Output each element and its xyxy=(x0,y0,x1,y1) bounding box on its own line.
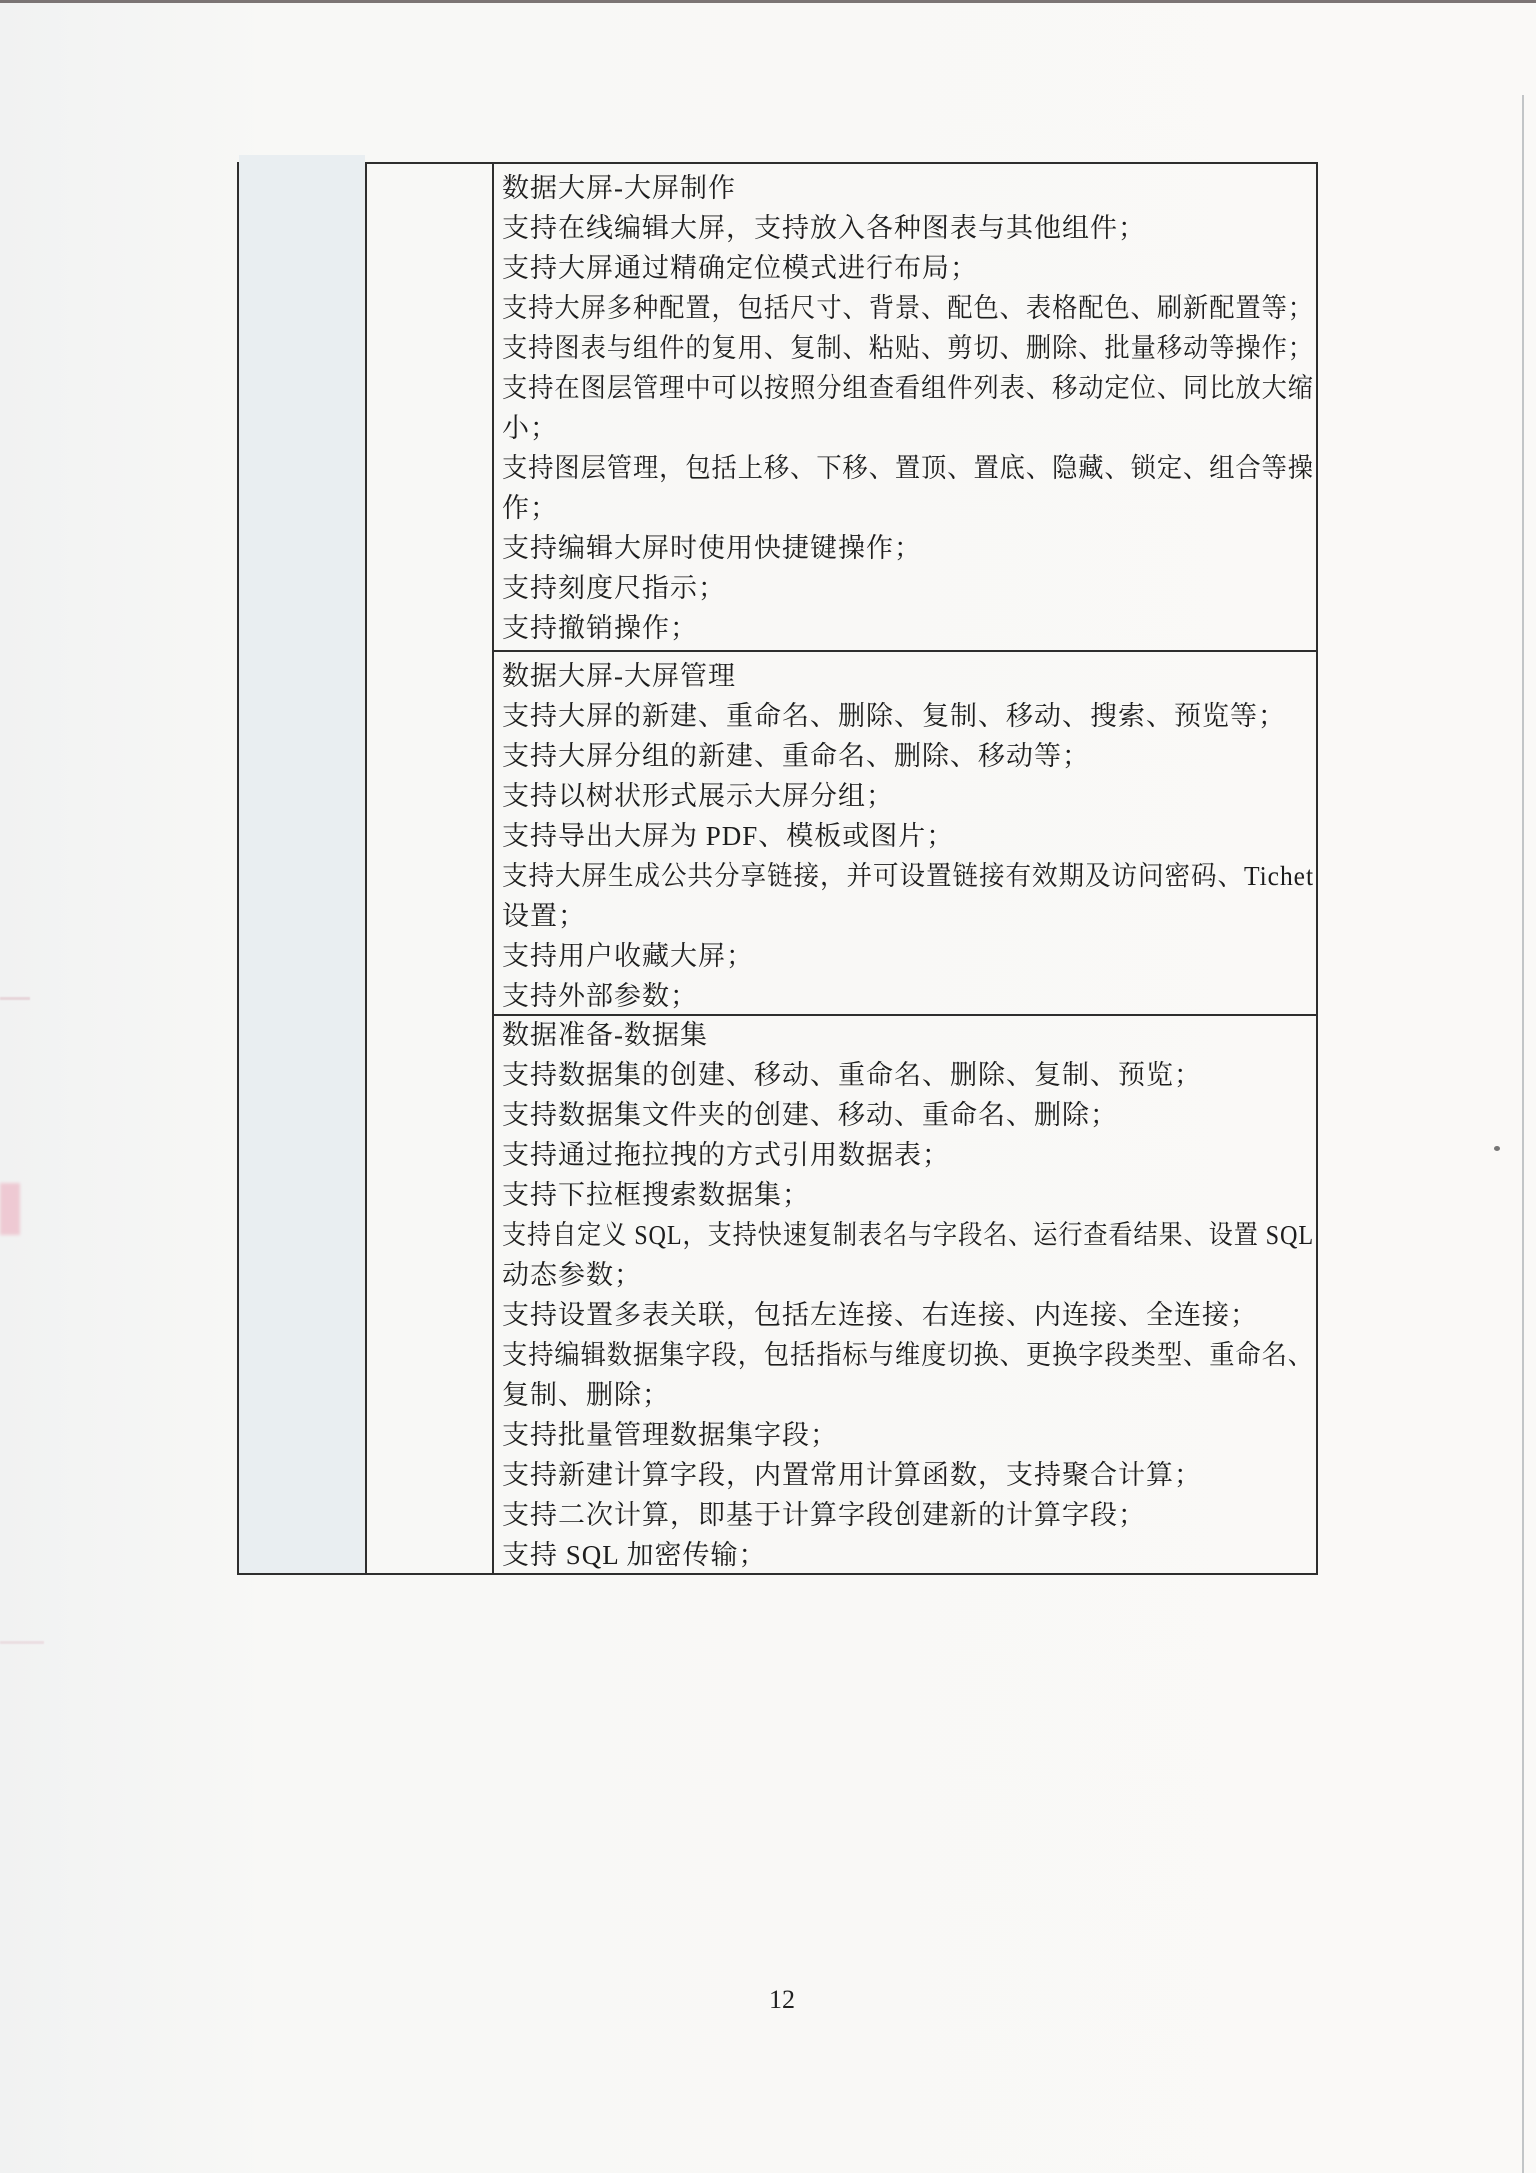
table-left-tinted-column xyxy=(239,155,365,1573)
section-text-line: 支持大屏生成公共分享链接，并可设置链接有效期及访问密码、Tichet xyxy=(502,856,1270,896)
section-title: 数据准备-数据集 xyxy=(502,1015,1314,1055)
section-text-line: 支持刻度尺指示； xyxy=(502,568,1314,608)
section-text-line: 支持 SQL 加密传输； xyxy=(502,1535,1314,1575)
scan-artifact-page-edge-line xyxy=(1522,95,1524,2173)
section-text-line: 支持导出大屏为 PDF、模板或图片； xyxy=(502,816,1314,856)
scan-artifact-speck xyxy=(1494,1146,1500,1151)
section-text-line: 支持二次计算，即基于计算字段创建新的计算字段； xyxy=(502,1495,1314,1535)
section-text-line: 支持新建计算字段，内置常用计算函数，支持聚合计算； xyxy=(502,1455,1314,1495)
section-text-line: 支持外部参数； xyxy=(502,976,1314,1016)
table-section-screen-creation: 数据大屏-大屏制作 支持在线编辑大屏，支持放入各种图表与其他组件；支持大屏通过精… xyxy=(502,168,1314,648)
section-lines: 支持在线编辑大屏，支持放入各种图表与其他组件；支持大屏通过精确定位模式进行布局；… xyxy=(502,208,1314,648)
section-text-line: 支持大屏通过精确定位模式进行布局； xyxy=(502,248,1314,288)
section-text-line: 支持批量管理数据集字段； xyxy=(502,1415,1314,1455)
section-text-line: 支持用户收藏大屏； xyxy=(502,936,1314,976)
table-row-divider xyxy=(494,650,1316,652)
section-text-line: 支持撤销操作； xyxy=(502,608,1314,648)
section-text-line: 支持以树状形式展示大屏分组； xyxy=(502,776,1314,816)
section-text-line: 支持在图层管理中可以按照分组查看组件列表、移动定位、同比放大缩 xyxy=(502,368,1262,408)
section-text-line: 支持大屏分组的新建、重命名、删除、移动等； xyxy=(502,736,1314,776)
section-text-line: 作； xyxy=(502,488,1314,528)
section-text-line: 支持下拉框搜索数据集； xyxy=(502,1175,1314,1215)
scan-artifact-top-edge xyxy=(0,0,1536,3)
section-title: 数据大屏-大屏管理 xyxy=(502,656,1314,696)
section-text-line: 动态参数； xyxy=(502,1255,1314,1295)
section-text-line: 支持编辑数据集字段，包括指标与维度切换、更换字段类型、重命名、 xyxy=(502,1335,1262,1375)
page-number: 12 xyxy=(758,1985,806,2015)
section-text-line: 支持自定义 SQL，支持快速复制表名与字段名、运行查看结果、设置 SQL xyxy=(502,1215,1229,1255)
section-text-line: 支持通过拖拉拽的方式引用数据表； xyxy=(502,1135,1314,1175)
section-text-line: 支持编辑大屏时使用快捷键操作； xyxy=(502,528,1314,568)
table-border-col2-right xyxy=(492,162,494,1575)
section-text-line: 支持设置多表关联，包括左连接、右连接、内连接、全连接； xyxy=(502,1295,1314,1335)
section-text-line: 复制、删除； xyxy=(502,1375,1314,1415)
scan-artifact-pink-line xyxy=(0,997,30,1000)
scanned-document-page: { "page": { "number": "12", "background_… xyxy=(0,0,1536,2173)
section-text-line: 支持图层管理，包括上移、下移、置顶、置底、隐藏、锁定、组合等操 xyxy=(502,448,1262,488)
table-section-screen-management: 数据大屏-大屏管理 支持大屏的新建、重命名、删除、复制、移动、搜索、预览等；支持… xyxy=(502,656,1314,1016)
section-text-line: 设置； xyxy=(502,896,1314,936)
section-text-line: 支持大屏多种配置，包括尺寸、背景、配色、表格配色、刷新配置等； xyxy=(502,288,1262,328)
section-lines: 支持大屏的新建、重命名、删除、复制、移动、搜索、预览等；支持大屏分组的新建、重命… xyxy=(502,696,1314,1016)
table-border-right xyxy=(1316,162,1318,1575)
section-text-line: 支持数据集文件夹的创建、移动、重命名、删除； xyxy=(502,1095,1314,1135)
table-border-top xyxy=(365,162,1318,164)
scan-artifact-pink-smudge xyxy=(0,1183,20,1235)
table-middle-empty-column xyxy=(367,164,492,1573)
section-title: 数据大屏-大屏制作 xyxy=(502,168,1314,208)
section-text-line: 小； xyxy=(502,408,1314,448)
section-text-line: 支持数据集的创建、移动、重命名、删除、复制、预览； xyxy=(502,1055,1314,1095)
section-lines: 支持数据集的创建、移动、重命名、删除、复制、预览；支持数据集文件夹的创建、移动、… xyxy=(502,1055,1314,1575)
scan-artifact-pink-line xyxy=(0,1641,44,1644)
section-text-line: 支持在线编辑大屏，支持放入各种图表与其他组件； xyxy=(502,208,1314,248)
table-border-left xyxy=(237,162,239,1575)
section-text-line: 支持图表与组件的复用、复制、粘贴、剪切、删除、批量移动等操作； xyxy=(502,328,1262,368)
table-section-dataset-preparation: 数据准备-数据集 支持数据集的创建、移动、重命名、删除、复制、预览；支持数据集文… xyxy=(502,1015,1314,1575)
section-text-line: 支持大屏的新建、重命名、删除、复制、移动、搜索、预览等； xyxy=(502,696,1314,736)
